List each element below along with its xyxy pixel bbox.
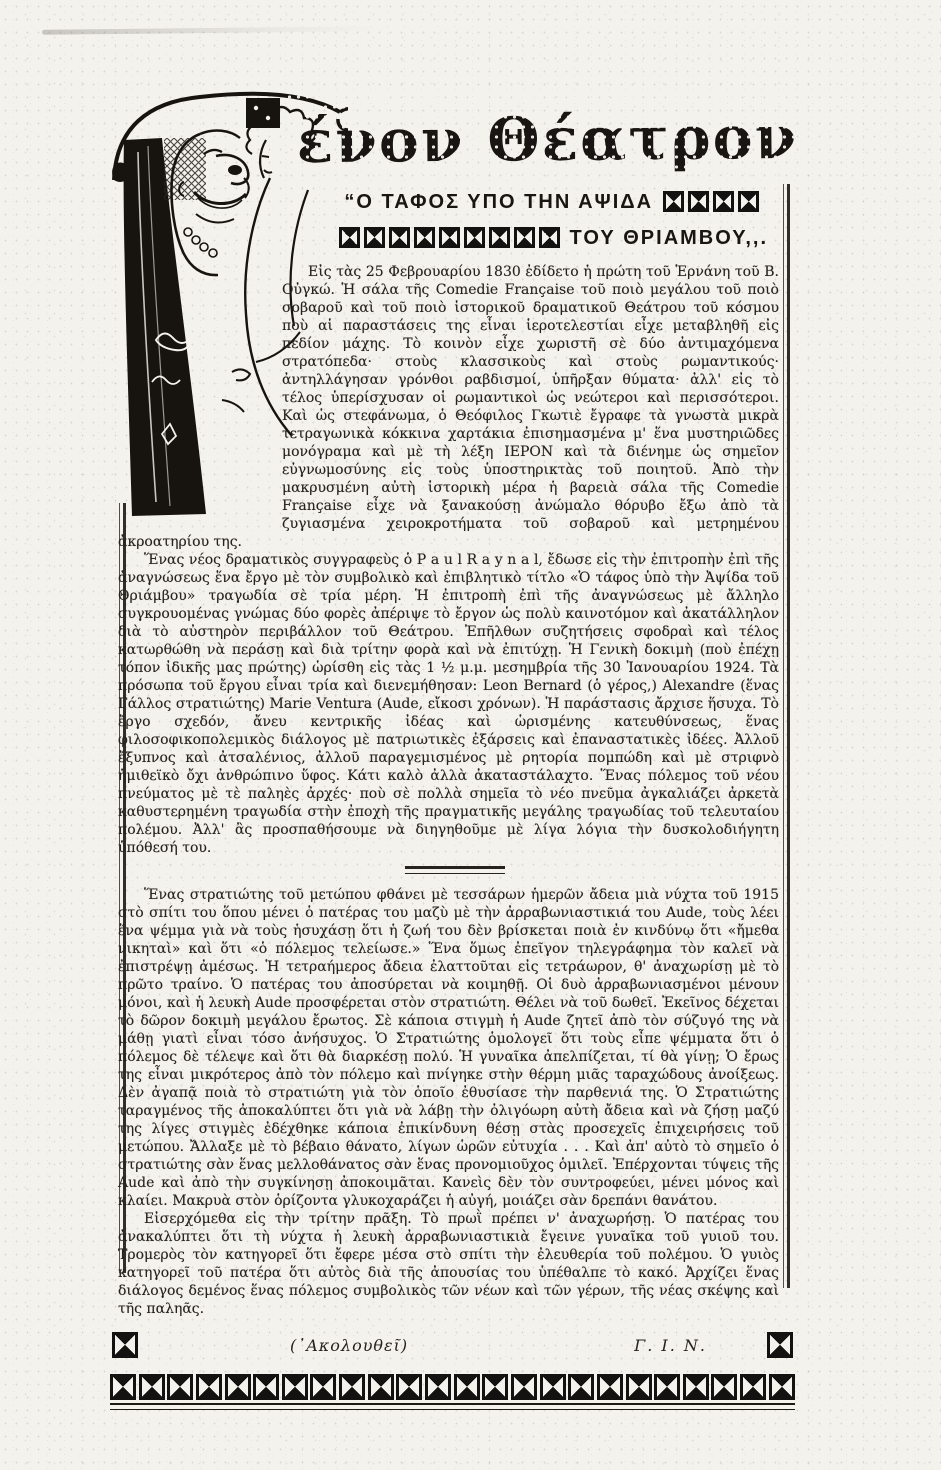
x-ornament (396, 1374, 422, 1400)
x-ornament (654, 1374, 680, 1400)
article-paragraph: Εἰσερχόμεθα εἰς τὴν τρίτην πρᾶξη. Τὸ πρω… (118, 1210, 779, 1318)
x-ornament (282, 1374, 308, 1400)
x-ornament (368, 1374, 394, 1400)
bottom-ornament-border (110, 1374, 795, 1400)
x-ornament (464, 227, 485, 248)
article-body: Εἰς τὰς 25 Φεβρουαρίου 1830 ἐδίδετο ἡ πρ… (110, 263, 795, 1410)
bottom-border-underline (110, 1403, 795, 1410)
footer-right-ornament (765, 1332, 795, 1358)
article-paragraph: Ἕνας νέος δραματικὸς συγγραφεὺς ὁ P a u … (118, 551, 779, 857)
x-ornament (364, 227, 385, 248)
x-ornament (139, 1374, 165, 1400)
x-ornament (539, 227, 560, 248)
x-ornament (339, 227, 360, 248)
x-ornament (688, 191, 709, 212)
x-ornament (767, 1332, 793, 1358)
subtitle-line1-text: “Ο ΤΑΦΟΣ ΥΠΟ ΤΗΝ ΑΨΙΔΑ (344, 191, 653, 213)
x-ornament (769, 1374, 795, 1400)
subtitle-line2-ornaments (337, 227, 562, 249)
x-ornament (439, 227, 460, 248)
x-ornament (511, 1374, 537, 1400)
x-ornament (196, 1374, 222, 1400)
footer-left-ornament (110, 1332, 140, 1358)
x-ornament (482, 1374, 508, 1400)
x-ornament (454, 1374, 480, 1400)
x-ornament (110, 1374, 136, 1400)
article-footer: (᾽Ακολουθεῖ) Γ. Ι. Ν. (110, 1332, 795, 1358)
x-ornament (626, 1374, 652, 1400)
subtitle-line1-ornaments (661, 191, 761, 213)
x-ornament (738, 191, 759, 212)
article-subtitle: “Ο ΤΑΦΟΣ ΥΠΟ ΤΗΝ ΑΨΙΔΑ ΤΟΥ ΘΡΙΑΜΒΟΥ,,. (295, 184, 810, 256)
scanned-newspaper-page: ένον Θέατρον “Ο ΤΑΦΟΣ ΥΠΟ ΤΗΝ ΑΨΙΔΑ ΤΟΥ … (0, 0, 941, 1470)
x-ornament (339, 1374, 365, 1400)
section-divider (405, 866, 505, 874)
x-ornament (568, 1374, 594, 1400)
x-ornament (663, 191, 684, 212)
x-ornament (713, 191, 734, 212)
x-ornament (112, 1332, 138, 1358)
scan-smudge (42, 26, 382, 35)
subtitle-line-2: ΤΟΥ ΘΡΙΑΜΒΟΥ,,. (295, 220, 810, 256)
x-ornament (389, 227, 410, 248)
x-ornament (425, 1374, 451, 1400)
author-initials: Γ. Ι. Ν. (634, 1336, 707, 1355)
x-ornament (225, 1374, 251, 1400)
x-ornament (489, 227, 510, 248)
masthead-title: ένον Θέατρον (285, 90, 811, 195)
subtitle-line-1: “Ο ΤΑΦΟΣ ΥΠΟ ΤΗΝ ΑΨΙΔΑ (295, 184, 810, 220)
x-ornament (253, 1374, 279, 1400)
article-paragraph: Ἕνας στρατιώτης τοῦ μετώπου φθάνει μὲ τε… (118, 886, 779, 1210)
x-ornament (740, 1374, 766, 1400)
x-ornament (414, 227, 435, 248)
x-ornament (310, 1374, 336, 1400)
x-ornament (683, 1374, 709, 1400)
x-ornament (711, 1374, 737, 1400)
x-ornament (167, 1374, 193, 1400)
x-ornament (540, 1374, 566, 1400)
x-ornament (514, 227, 535, 248)
subtitle-line2-text: ΤΟΥ ΘΡΙΑΜΒΟΥ,,. (569, 227, 768, 249)
illustration-text-wrap-spacer (110, 263, 282, 531)
continuation-note: (᾽Ακολουθεῖ) (290, 1336, 408, 1355)
x-ornament (597, 1374, 623, 1400)
